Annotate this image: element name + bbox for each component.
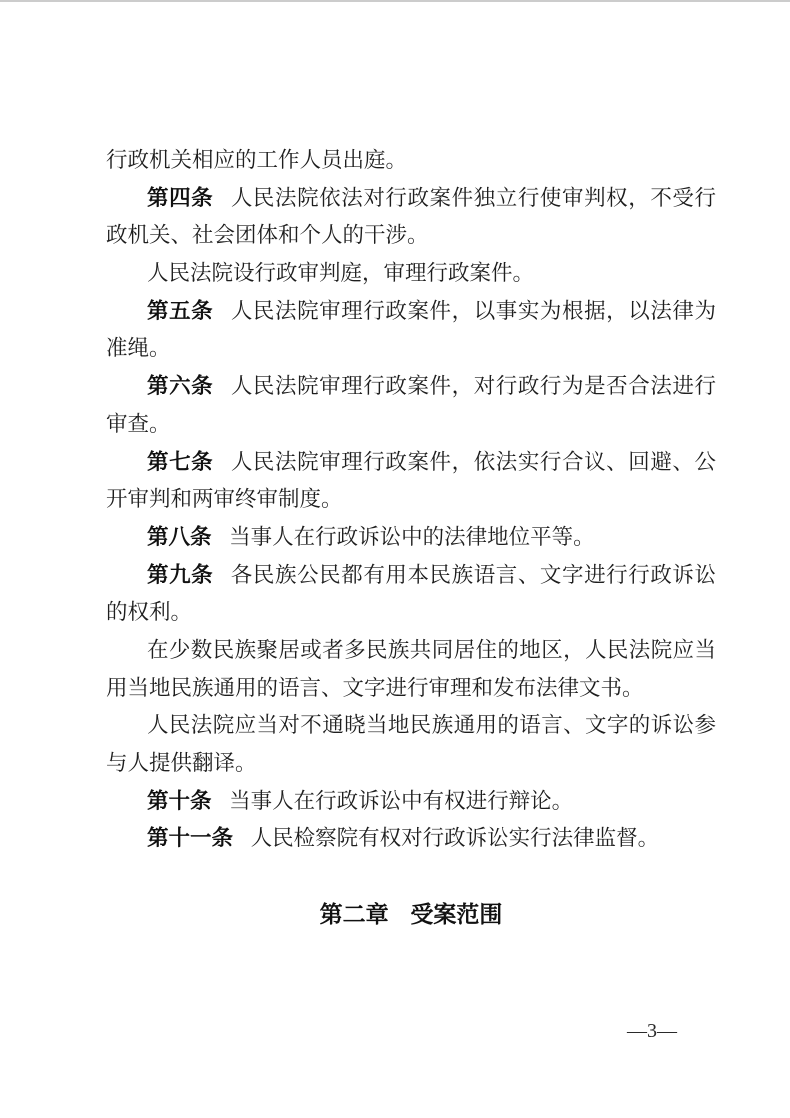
article-number: 第九条 xyxy=(147,563,213,587)
paragraph: 在少数民族聚居或者多民族共同居住的地区，人民法院应当用当地民族通用的语言、文字进… xyxy=(106,632,716,707)
scan-top-edge-line xyxy=(0,0,790,2)
text-line: 第十一条人民检察院有权对行政诉讼实行法律监督。 xyxy=(106,820,716,858)
text-line: 的权利。 xyxy=(106,594,716,632)
paragraph: 第十条当事人在行政诉讼中有权进行辩论。 xyxy=(106,783,716,821)
article-number: 第八条 xyxy=(147,525,212,549)
paragraph: 第五条人民法院审理行政案件，以事实为根据，以法律为准绳。 xyxy=(106,293,716,368)
line-text: 人民法院审理行政案件，对行政行为是否合法进行 xyxy=(231,374,716,398)
text-line: 第四条人民法院依法对行政案件独立行使审判权，不受行 xyxy=(106,180,716,218)
line-text: 与人提供翻译。 xyxy=(106,751,257,775)
text-line: 第九条各民族公民都有用本民族语言、文字进行行政诉讼 xyxy=(106,557,716,595)
paragraph: 人民法院设行政审判庭，审理行政案件。 xyxy=(106,255,716,293)
text-line: 人民法院应当对不通晓当地民族通用的语言、文字的诉讼参 xyxy=(106,707,716,745)
text-line: 第八条当事人在行政诉讼中的法律地位平等。 xyxy=(106,519,716,557)
line-text: 人民法院设行政审判庭，审理行政案件。 xyxy=(147,261,534,285)
document-page: { "page": { "background": "#ffffff", "to… xyxy=(0,0,790,1118)
text-line: 政机关、社会团体和个人的干涉。 xyxy=(106,217,716,255)
paragraph: 第七条人民法院审理行政案件，依法实行合议、回避、公开审判和两审终审制度。 xyxy=(106,444,716,519)
chapter-number: 第二章 xyxy=(320,901,389,927)
text-line: 在少数民族聚居或者多民族共同居住的地区，人民法院应当 xyxy=(106,632,716,670)
line-text: 人民法院审理行政案件，依法实行合议、回避、公 xyxy=(231,450,716,474)
line-text: 开审判和两审终审制度。 xyxy=(106,487,343,511)
article-number: 第五条 xyxy=(147,299,213,323)
paragraph: 第九条各民族公民都有用本民族语言、文字进行行政诉讼的权利。 xyxy=(106,557,716,632)
text-line: 行政机关相应的工作人员出庭。 xyxy=(106,142,716,180)
text-line: 用当地民族通用的语言、文字进行审理和发布法律文书。 xyxy=(106,670,716,708)
line-text: 人民检察院有权对行政诉讼实行法律监督。 xyxy=(251,826,660,850)
chapter-heading: 第二章受案范围 xyxy=(106,896,716,934)
line-text: 的权利。 xyxy=(106,600,192,624)
line-text: 政机关、社会团体和个人的干涉。 xyxy=(106,223,429,247)
text-line: 第六条人民法院审理行政案件，对行政行为是否合法进行 xyxy=(106,368,716,406)
text-line: 审查。 xyxy=(106,406,716,444)
line-text: 当事人在行政诉讼中有权进行辩论。 xyxy=(229,789,573,813)
paragraphs-container: 行政机关相应的工作人员出庭。第四条人民法院依法对行政案件独立行使审判权，不受行政… xyxy=(106,142,716,858)
line-text: 在少数民族聚居或者多民族共同居住的地区，人民法院应当 xyxy=(147,638,716,662)
text-line: 人民法院设行政审判庭，审理行政案件。 xyxy=(106,255,716,293)
article-number: 第七条 xyxy=(147,450,213,474)
line-text: 准绳。 xyxy=(106,336,171,360)
text-block: 行政机关相应的工作人员出庭。第四条人民法院依法对行政案件独立行使审判权，不受行政… xyxy=(106,142,716,933)
article-number: 第十条 xyxy=(147,789,212,813)
page-number: —3— xyxy=(0,1018,677,1044)
text-line: 第十条当事人在行政诉讼中有权进行辩论。 xyxy=(106,783,716,821)
text-line: 第七条人民法院审理行政案件，依法实行合议、回避、公 xyxy=(106,444,716,482)
paragraph: 第六条人民法院审理行政案件，对行政行为是否合法进行审查。 xyxy=(106,368,716,443)
article-number: 第十一条 xyxy=(147,826,233,850)
paragraph: 第十一条人民检察院有权对行政诉讼实行法律监督。 xyxy=(106,820,716,858)
line-text: 用当地民族通用的语言、文字进行审理和发布法律文书。 xyxy=(106,676,644,700)
line-text: 人民法院依法对行政案件独立行使审判权，不受行 xyxy=(231,186,716,210)
line-text: 人民法院审理行政案件，以事实为根据，以法律为 xyxy=(231,299,716,323)
text-line: 开审判和两审终审制度。 xyxy=(106,481,716,519)
line-text: 审查。 xyxy=(106,412,171,436)
article-number: 第六条 xyxy=(147,374,213,398)
paragraph: 第四条人民法院依法对行政案件独立行使审判权，不受行政机关、社会团体和个人的干涉。 xyxy=(106,180,716,255)
chapter-title: 受案范围 xyxy=(410,901,502,927)
paragraph: 人民法院应当对不通晓当地民族通用的语言、文字的诉讼参与人提供翻译。 xyxy=(106,707,716,782)
line-text: 当事人在行政诉讼中的法律地位平等。 xyxy=(229,525,595,549)
paragraph: 第八条当事人在行政诉讼中的法律地位平等。 xyxy=(106,519,716,557)
text-line: 与人提供翻译。 xyxy=(106,745,716,783)
line-text: 各民族公民都有用本民族语言、文字进行行政诉讼 xyxy=(231,563,716,587)
paragraph: 行政机关相应的工作人员出庭。 xyxy=(106,142,716,180)
line-text: 行政机关相应的工作人员出庭。 xyxy=(106,148,407,172)
text-line: 第五条人民法院审理行政案件，以事实为根据，以法律为 xyxy=(106,293,716,331)
article-number: 第四条 xyxy=(147,186,213,210)
line-text: 人民法院应当对不通晓当地民族通用的语言、文字的诉讼参 xyxy=(147,713,716,737)
text-line: 准绳。 xyxy=(106,330,716,368)
